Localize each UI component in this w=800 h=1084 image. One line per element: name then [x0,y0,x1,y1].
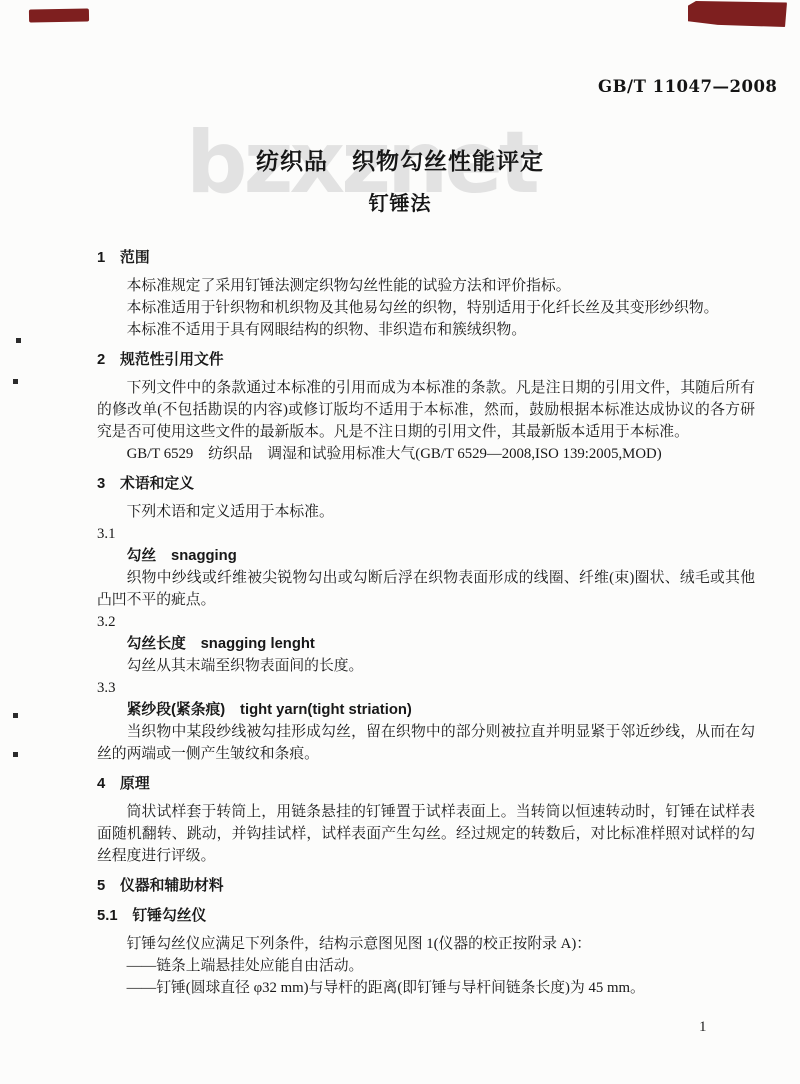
paragraph: 本标准适用于针织物和机织物及其他易勾丝的织物，特别适用于化纤长丝及其变形纱织物。 [97,297,755,319]
term-heading-snagging-length: 勾丝长度 snagging lenght [97,633,755,655]
paragraph: 钉锤勾丝仪应满足下列条件，结构示意图见图 1(仪器的校正按附录 A)： [97,933,755,955]
paragraph: 下列术语和定义适用于本标准。 [97,501,755,523]
clause-number-3-3: 3.3 [97,677,755,699]
clause-number-3-2: 3.2 [97,611,755,633]
document-subtitle: 钉锤法 [0,187,800,216]
dash-list-item: ——钉锤(圆球直径 φ32 mm)与导杆的距离(即钉锤与导杆间链条长度)为 45… [97,977,755,999]
paragraph: 下列文件中的条款通过本标准的引用而成为本标准的条款。凡是注日期的引用文件，其随后… [97,377,755,443]
term-heading-tight-yarn: 紧纱段(紧条痕) tight yarn(tight striation) [97,699,755,721]
scan-speck [13,379,18,384]
page-number: 1 [699,1019,707,1036]
reference-entry: GB/T 6529 纺织品 调湿和试验用标准大气(GB/T 6529—2008,… [97,443,755,465]
section-heading-3-terms: 3 术语和定义 [97,473,755,495]
scan-speck [13,713,18,718]
term-definition: 织物中纱线或纤维被尖锐物勾出或勾断后浮在织物表面形成的线圈、纤维(束)圈状、绒毛… [97,567,755,611]
document-body: 1 范围 本标准规定了采用钉锤法测定织物勾丝性能的试验方法和评价指标。 本标准适… [97,239,755,999]
document-title: 纺织品 织物勾丝性能评定 [0,143,800,176]
term-definition: 当织物中某段纱线被勾挂形成勾丝，留在织物中的部分则被拉直并明显紧于邻近纱线，从而… [97,721,755,765]
section-heading-4-principle: 4 原理 [97,773,755,795]
scan-speck [13,752,18,757]
section-heading-5-apparatus: 5 仪器和辅助材料 [97,875,755,897]
clause-number-3-1: 3.1 [97,523,755,545]
document-page: bzxznet GB/T 11047—2008 纺织品 织物勾丝性能评定 钉锤法… [0,0,800,1084]
title-block: 纺织品 织物勾丝性能评定 钉锤法 [0,143,800,216]
paragraph: 本标准不适用于具有网眼结构的织物、非织造布和簇绒织物。 [97,319,755,341]
subsection-heading-5-1: 5.1 钉锤勾丝仪 [97,905,755,927]
section-heading-2-references: 2 规范性引用文件 [97,349,755,371]
dash-list-item: ——链条上端悬挂处应能自由活动。 [97,955,755,977]
term-definition: 勾丝从其末端至织物表面间的长度。 [97,655,755,677]
red-scan-mark-top-right [688,1,787,27]
scan-speck [16,338,21,343]
paragraph: 筒状试样套于转筒上，用链条悬挂的钉锤置于试样表面上。当转筒以恒速转动时，钉锤在试… [97,801,755,867]
red-scan-mark-top-left [29,8,89,22]
term-heading-snagging: 勾丝 snagging [97,545,755,567]
paragraph: 本标准规定了采用钉锤法测定织物勾丝性能的试验方法和评价指标。 [97,275,755,297]
standard-code: GB/T 11047—2008 [598,77,777,96]
section-heading-1-scope: 1 范围 [97,247,755,269]
